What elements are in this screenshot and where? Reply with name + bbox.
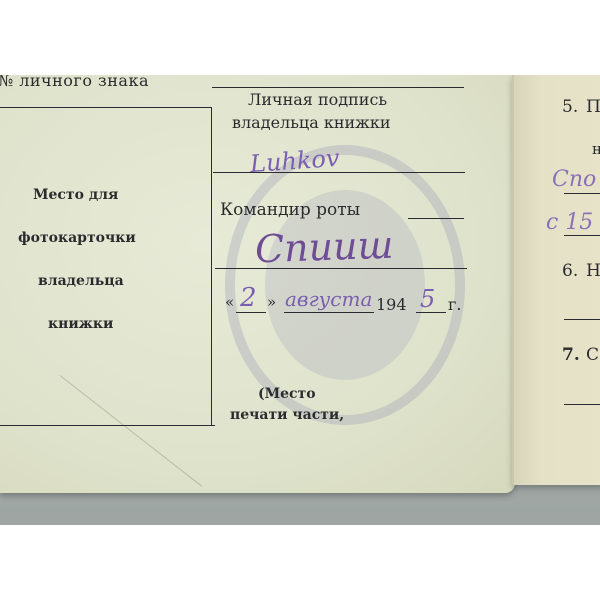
date-year-prefix: 194 — [376, 295, 407, 314]
right-line-1 — [564, 193, 600, 194]
right-page: 5. П н Спо с 15 6. Н 7. С — [512, 75, 600, 485]
commander-signature: Спииш — [254, 223, 394, 272]
date-year-unit: г. — [448, 295, 461, 314]
date-year-suffix: 5 — [420, 285, 435, 313]
right-item-5-hand-2: с 15 — [546, 210, 593, 235]
stamp-note-2: печати части, — [230, 407, 344, 423]
document-photo: № личного знака Место для фотокарточки в… — [0, 75, 600, 525]
photo-box-line-2: фотокарточки — [18, 230, 136, 246]
right-item-5-text: П — [586, 97, 600, 117]
commander-signature-line — [215, 268, 467, 269]
photo-box-line-3: владельца — [38, 273, 124, 289]
personal-tag-line — [212, 87, 464, 88]
right-line-3 — [564, 319, 600, 320]
right-item-6-number: 6. — [562, 261, 578, 281]
right-item-5-sub: н — [592, 140, 600, 158]
stamp-note-1: (Место — [258, 386, 316, 402]
date-day-line — [236, 312, 266, 313]
date-day: 2 — [240, 283, 257, 313]
date-close-quote: » — [267, 293, 276, 311]
date-open-quote: « — [225, 293, 234, 311]
personal-tag-label: № личного знака — [0, 75, 149, 90]
photo-box-line-4: книжки — [48, 316, 113, 332]
right-item-5-hand-1: Спо — [552, 167, 596, 192]
photo-box-line-1: Место для — [33, 187, 118, 203]
photo-box-right-border — [211, 107, 212, 425]
right-item-5-number: 5. — [562, 97, 578, 117]
owner-signature-label-1: Личная подпись — [248, 90, 387, 109]
photo-box-bottom-border — [0, 425, 215, 426]
paper-fold-crease — [60, 375, 202, 487]
owner-signature-line — [213, 172, 465, 173]
left-page: № личного знака Место для фотокарточки в… — [0, 75, 515, 493]
date-month: августа — [285, 287, 372, 311]
commander-label: Командир роты — [220, 200, 360, 220]
photo-box-top-border — [0, 107, 212, 108]
date-year-line — [416, 312, 446, 313]
date-month-line — [284, 312, 374, 313]
right-item-7-number: 7. — [562, 345, 580, 365]
owner-signature-label-2: владельца книжки — [232, 113, 391, 132]
commander-label-line — [408, 218, 464, 219]
right-line-2 — [564, 235, 600, 236]
right-line-4 — [564, 404, 600, 405]
right-item-7-text: С — [586, 345, 599, 365]
right-item-6-text: Н — [586, 261, 600, 281]
